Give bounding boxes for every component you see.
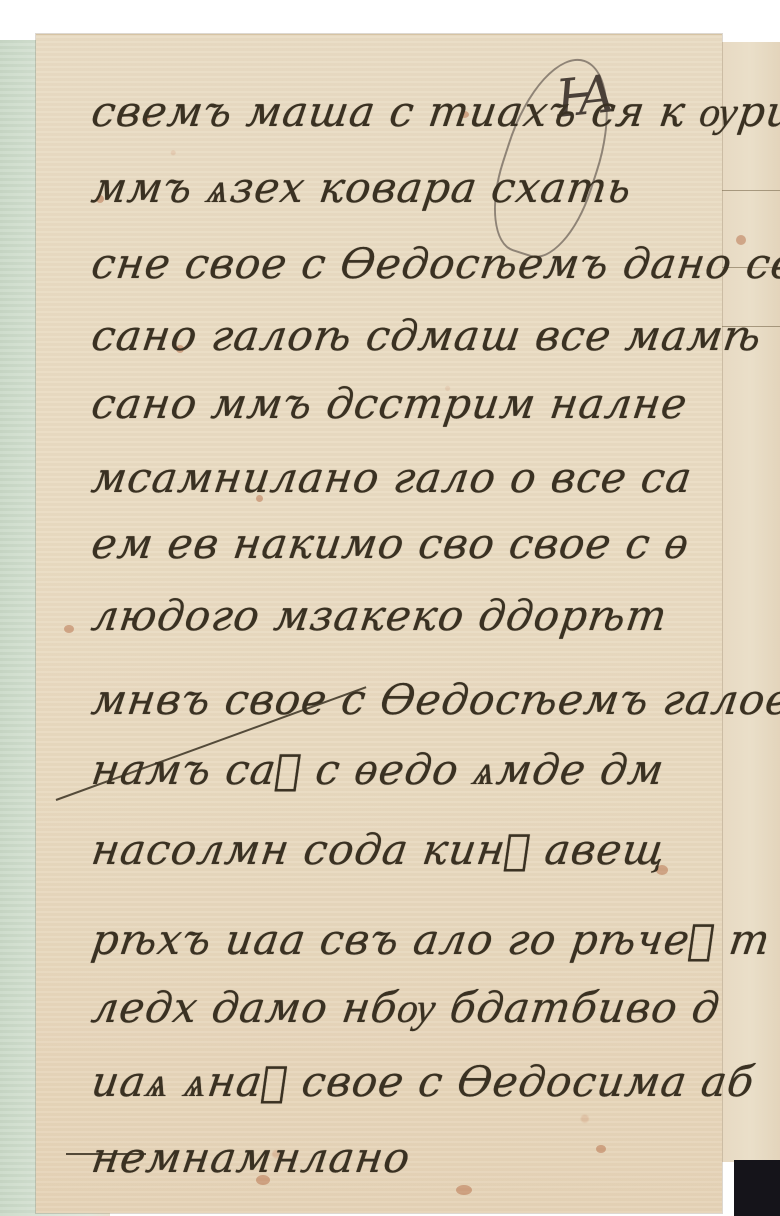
handwritten-line-13: ледх дамо нбѹ бдатбиво д — [88, 983, 723, 1033]
handwritten-line-3: сне свое с Ѳедосѣемъ дано себѣ — [89, 239, 780, 288]
handwritten-line-15: немнамнлано — [89, 1133, 414, 1182]
dark-background-corner — [734, 1160, 780, 1216]
manuscript-photo: Ꙗ свемъ маша с тиахъ ся к ѹри ммъ ѧзех к… — [0, 0, 780, 1216]
handwritten-line-4: сано галоѣ сдмаш все мамѣ — [89, 311, 766, 360]
handwritten-line-7: ем ев накимо сво свое с ѳ — [89, 519, 693, 568]
handwritten-line-12: рѣхъ иаа свъ ало го рѣчеⷮ т — [89, 915, 774, 964]
handwritten-line-6: мсамнилано гало о все са — [89, 453, 696, 502]
handwritten-line-8: людого мзакеко ддорѣт — [89, 591, 671, 640]
ink-stroke — [66, 1153, 146, 1155]
handwritten-line-1: свемъ маша с тиахъ ся к ѹри — [88, 87, 780, 137]
handwritten-line-14: иаѧ ѧнаⷯ свое с Ѳедосима аб — [88, 1057, 757, 1107]
handwritten-line-2: ммъ ѧзех ковара схать — [88, 163, 635, 213]
handwritten-line-11: насолмн сода кинⷮ авещ — [89, 825, 670, 874]
handwritten-line-5: сано ммъ дсстрим налне — [89, 379, 691, 428]
handwritten-text-block: свемъ маша с тиахъ ся к ѹри ммъ ѧзех ков… — [36, 35, 722, 1213]
ruled-line — [719, 190, 780, 191]
handwritten-line-10: намъ саⷮ с ѳедо ѧмде дм — [88, 745, 667, 795]
manuscript-page: Ꙗ свемъ маша с тиахъ ся к ѹри ммъ ѧзех к… — [36, 34, 722, 1213]
adjacent-sheet-edge — [718, 42, 780, 1162]
handwritten-line-9: мнвъ свое с Ѳедосѣемъ галое ма — [89, 675, 780, 724]
